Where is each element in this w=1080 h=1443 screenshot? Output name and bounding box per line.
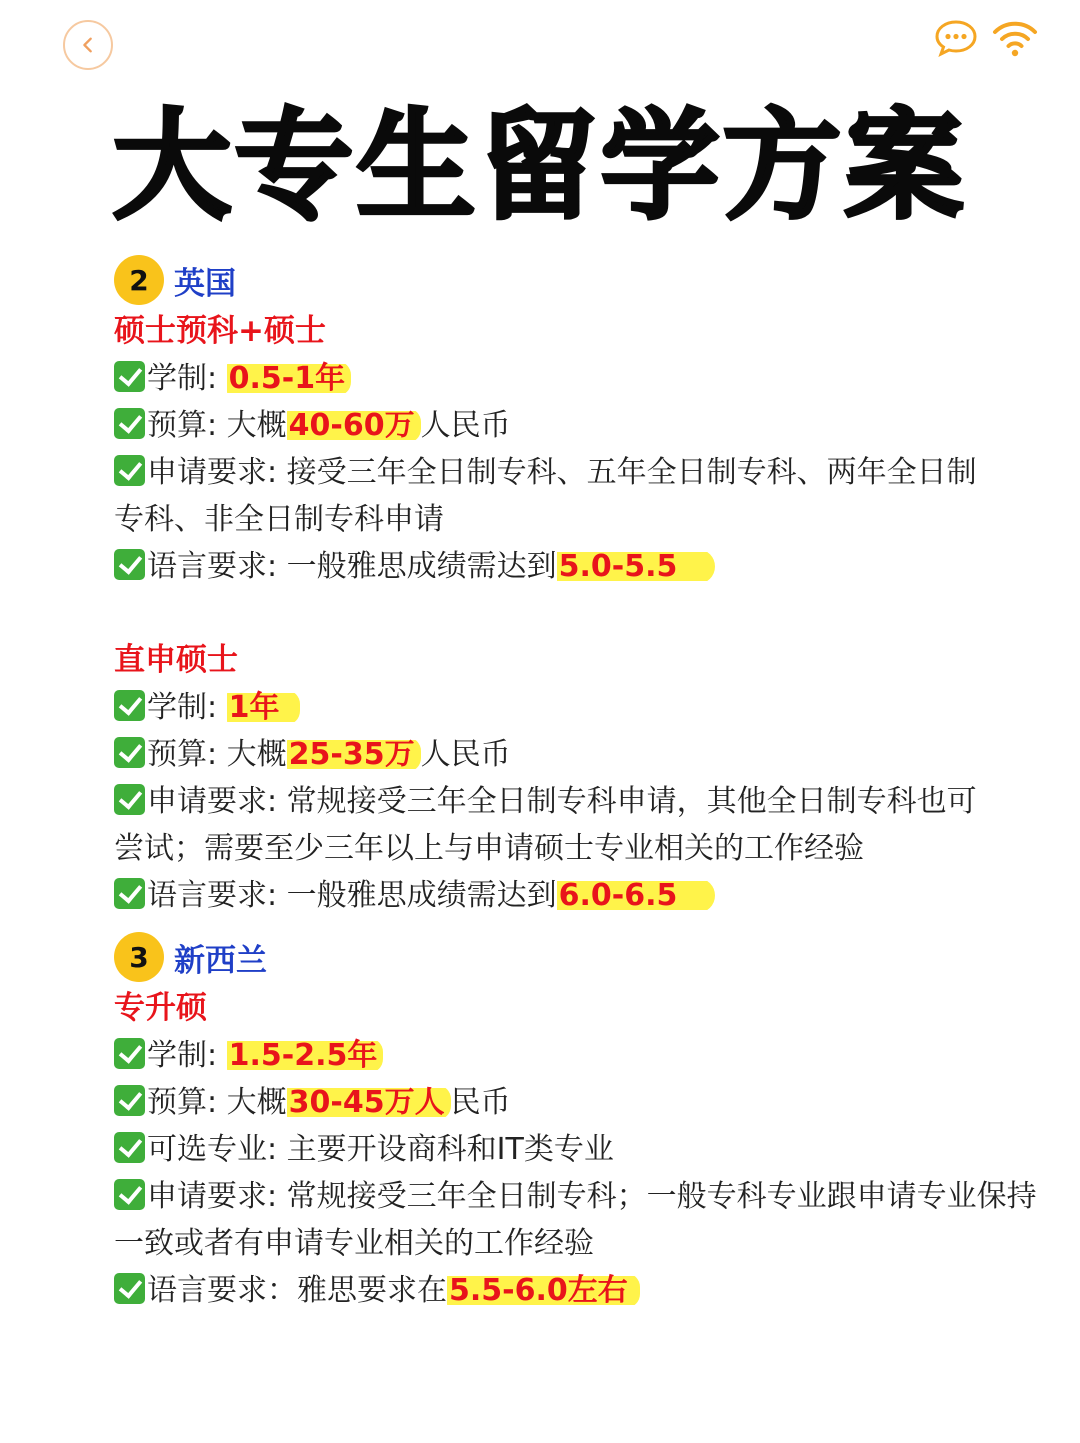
country-name: 英国 — [174, 258, 236, 303]
checkmark-icon — [114, 455, 145, 486]
list-item: 预算: 大概30-45万人民币 — [114, 1079, 1054, 1126]
section-header-uk: 2 英国 — [114, 252, 1054, 308]
checkmark-icon — [114, 878, 145, 909]
checkmark-icon — [114, 784, 145, 815]
checkmark-icon — [114, 737, 145, 768]
section-number-badge: 2 — [114, 255, 164, 305]
section-number-badge: 3 — [114, 932, 164, 982]
checkmark-icon — [114, 1085, 145, 1116]
highlight-value: 30-45万人 — [287, 1085, 451, 1120]
highlight-value: 40-60万 — [287, 408, 421, 443]
program-title: 硕士预科+硕士 — [114, 308, 1054, 355]
list-item: 学制: 1.5-2.5年 — [114, 1032, 1054, 1079]
checkmark-icon — [114, 408, 145, 439]
page-title: 大专生留学方案 — [0, 96, 1080, 236]
list-item: 可选专业: 主要开设商科和IT类专业 — [114, 1126, 1054, 1173]
chevron-left-icon — [79, 36, 97, 54]
wifi-icon — [992, 18, 1038, 58]
checkmark-icon — [114, 690, 145, 721]
checkmark-icon — [114, 1273, 145, 1304]
program-title: 直申硕士 — [114, 637, 1054, 684]
top-right-icons — [934, 18, 1038, 58]
highlight-value: 0.5-1年 — [227, 361, 351, 396]
list-item: 预算: 大概25-35万人民币 — [114, 731, 1054, 778]
checkmark-icon — [114, 1179, 145, 1210]
checkmark-icon — [114, 361, 145, 392]
checkmark-icon — [114, 549, 145, 580]
highlight-value: 6.0-6.5 — [557, 878, 716, 913]
list-item: 申请要求: 常规接受三年全日制专科；一般专科专业跟申请专业保持一致或者有申请专业… — [114, 1173, 1044, 1267]
program-title: 专升硕 — [114, 985, 1054, 1032]
list-item: 语言要求: 一般雅思成绩需达到5.0-5.5 — [114, 543, 1054, 590]
country-name: 新西兰 — [174, 935, 267, 980]
list-item: 预算: 大概40-60万人民币 — [114, 402, 1054, 449]
highlight-value: 5.5-6.0左右 — [447, 1273, 640, 1308]
highlight-value: 1.5-2.5年 — [227, 1038, 384, 1073]
list-item: 语言要求：雅思要求在5.5-6.0左右 — [114, 1267, 1054, 1314]
section-header-new-zealand: 3 新西兰 — [114, 929, 1054, 985]
list-item: 申请要求: 常规接受三年全日制专科申请，其他全日制专科也可尝试；需要至少三年以上… — [114, 778, 994, 872]
chat-bubble-icon[interactable] — [934, 18, 978, 58]
checkmark-icon — [114, 1038, 145, 1069]
list-item: 学制: 0.5-1年 — [114, 355, 1054, 402]
back-button[interactable] — [63, 20, 113, 70]
list-item: 学制: 1年 — [114, 684, 1054, 731]
list-item: 申请要求: 接受三年全日制专科、五年全日制专科、两年全日制专科、非全日制专科申请 — [114, 449, 984, 543]
highlight-value: 25-35万 — [287, 737, 421, 772]
content: 2 英国 硕士预科+硕士 学制: 0.5-1年 预算: 大概40-60万人民币 … — [114, 252, 1054, 1314]
list-item: 语言要求: 一般雅思成绩需达到6.0-6.5 — [114, 872, 1054, 919]
highlight-value: 5.0-5.5 — [557, 549, 716, 584]
highlight-value: 1年 — [227, 690, 300, 725]
checkmark-icon — [114, 1132, 145, 1163]
